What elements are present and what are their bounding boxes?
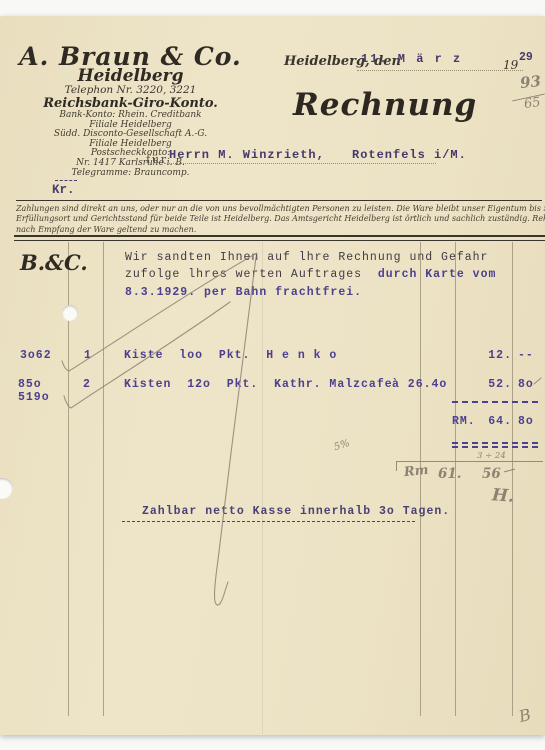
- subtotal-dashed-rule: [452, 401, 538, 403]
- pencil-net-pfennig: 56: [482, 466, 501, 482]
- total-pfennig: 8o: [518, 415, 534, 428]
- date-dotted-line: [357, 70, 523, 71]
- item-description: Kisten 12o Pkt. Kathr. Malzcafe: [124, 378, 393, 391]
- body-line-2-black: zufolge lhres werten Auftrages: [125, 268, 362, 281]
- terms-line: nach Empfang der Ware geltend zu machen.: [16, 225, 544, 235]
- column-rule: [103, 242, 104, 716]
- paper-crease: [262, 242, 263, 734]
- item-qty: 2: [83, 378, 91, 391]
- typed-year: 29: [519, 51, 533, 64]
- body-line-3: 8.3.1929. per Bahn frachtfrei.: [125, 286, 362, 299]
- spacer: [362, 268, 378, 281]
- item-qty: 1: [84, 349, 92, 362]
- bank-line: Telegramme: Brauncomp.: [8, 169, 253, 179]
- pencil-fraction-numerator: 93: [519, 72, 542, 92]
- company-city: Heidelberg: [8, 66, 253, 86]
- payment-terms: Zahlbar netto Kasse innerhalb 3o Tagen.: [142, 505, 450, 518]
- kr-dash-rule: [55, 180, 77, 181]
- terms-top-rule: [16, 200, 542, 201]
- item-ref: 519o: [18, 391, 50, 404]
- item-amount-pfennig: --: [518, 349, 534, 362]
- pencil-fraction-denominator: 65: [523, 95, 541, 112]
- total-double-rule: [452, 442, 538, 444]
- item-amount-mark: 12.: [468, 349, 512, 362]
- pencil-discount-amount: 3 ÷ 24: [477, 451, 506, 461]
- recipient-dotted-line: [164, 163, 436, 164]
- body-line-2: zufolge lhres werten Auftrages durch Kar…: [125, 268, 496, 281]
- typed-date: 11. M ä r z: [361, 52, 462, 66]
- item-amount-pfennig: 8o: [518, 378, 534, 391]
- total-mark: 64.: [468, 415, 512, 428]
- recipient-place: Rotenfels i/M.: [352, 148, 467, 162]
- company-telephone: Telephon Nr. 3220, 3221: [8, 84, 253, 96]
- total-double-rule: [452, 446, 538, 448]
- terms-line: Erfüllungsort und Gerichtsstand für beid…: [16, 214, 544, 224]
- terms-text: Zahlungen sind direkt an uns, oder nur a…: [16, 204, 544, 235]
- invoice-title: Rechnung: [293, 87, 477, 123]
- item-ref: 3o62: [20, 349, 52, 362]
- body-line-2-violet: durch Karte vom: [378, 268, 497, 281]
- item-description: Kiste loo Pkt. H e n k o: [124, 349, 337, 362]
- column-rule: [512, 242, 513, 716]
- pencil-net-currency: Rm: [403, 463, 429, 480]
- terms-line: Zahlungen sind direkt an uns, oder nur a…: [16, 204, 544, 214]
- giro-account-title: Reichsbank-Giro-Konto.: [8, 96, 253, 111]
- bank-details: Bank-Konto: Rhein. Creditbank Filiale He…: [8, 111, 253, 178]
- pencil-net-mark: 61.: [438, 466, 462, 482]
- column-rule: [420, 242, 421, 716]
- payment-dashed-rule: [122, 521, 415, 522]
- terms-bottom-rule-thick: [14, 235, 545, 237]
- monogram-logo: B.&C.: [20, 250, 88, 275]
- item-amount-mark: 52.: [468, 378, 512, 391]
- item-ref: 85o: [18, 378, 42, 391]
- kr-abbreviation: Kr.: [52, 183, 75, 197]
- body-line-1: Wir sandten Ihnen auf lhre Rechnung und …: [125, 251, 488, 264]
- recipient-name: Herrn M. Winzrieth,: [169, 148, 325, 162]
- item-unit-price: à 26.4o: [392, 378, 447, 391]
- pencil-bracket-line: [396, 461, 543, 462]
- pencil-bracket-tick: [396, 461, 397, 471]
- punch-hole: [62, 305, 78, 321]
- pencil-clerk-initial: H.: [491, 485, 514, 506]
- terms-bottom-rule-thin: [14, 240, 545, 241]
